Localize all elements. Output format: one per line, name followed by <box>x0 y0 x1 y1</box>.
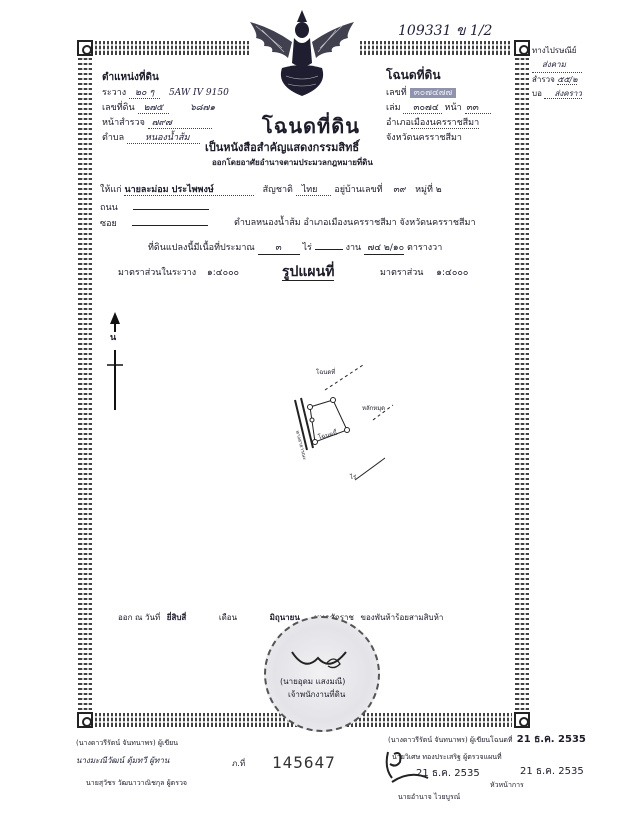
border-corner-bottom-right <box>514 712 530 728</box>
map-label-neighbor-3: ไร่ <box>350 472 356 483</box>
scale-left: มาตราส่วนในระวาง ๑:๔๐๐๐ <box>118 268 239 279</box>
serial-number: 145647 <box>272 753 336 772</box>
margin-note: ทางไปรษณีย์ ส่งคาม สำรวจ ๕๕/๒ บอ ส่งคราว <box>532 44 582 101</box>
border-right <box>515 58 529 710</box>
border-corner-bottom-left <box>77 712 93 728</box>
bottom-right-date-b: 21 ธ.ค. 2535 <box>520 766 584 777</box>
location-row-sheet: ระวาง ๒๐ ๆ 5AW IV 9150 <box>102 88 229 99</box>
bottom-right-line-1: (นางดาวรีรัตน์ จันทนาพร) ผู้เขียนโฉนดที่… <box>388 734 586 746</box>
bottom-left-line-1: (นางดาวรีรัตน์ จันทนาพร) ผู้เขียน <box>76 738 178 749</box>
bottom-left-line-2: นางมะณีวัฒน์ ตุ้มทวี ผู้ทาน <box>76 755 169 766</box>
border-top-right <box>360 41 512 55</box>
deed-sheet: 109331 ข 1/2 ตำแหน่งที่ดิน ระวาง ๒๐ ๆ 5A… <box>0 0 623 825</box>
area-line: ที่ดินแปลงนี้มีเนื้อที่ประมาณ ๓ ไร่ งาน … <box>148 243 442 255</box>
document-subtitle: เป็นหนังสือสำคัญแสดงกรรมสิทธิ์ <box>205 138 359 156</box>
signature-icon <box>290 648 350 674</box>
border-corner-top-right <box>514 40 530 56</box>
bottom-right-line-3: หัวหน้าการ <box>490 780 524 791</box>
location-row-survey-page: หน้าสำรวจ ๗๙๗ <box>102 118 212 129</box>
location-row-land-no: เลขที่ดิน ๒๗๕ ๖๘๗๑ <box>102 103 215 114</box>
handwritten-reference: 109331 ข 1/2 <box>398 20 492 42</box>
bottom-left-line-3: นายสุวัชร วัฒนาวาณิชกุล ผู้ตรวจ <box>86 778 187 789</box>
deed-row-district: อำเภอเมืองนครราชสีมา <box>386 118 479 129</box>
seal-signatory: (นายอุดม แสงมณี) <box>280 676 345 687</box>
north-label: น <box>110 333 116 344</box>
north-arrow-icon <box>105 310 125 410</box>
bottom-right-line-4: นายอำนาจ ไวยบูรณ์ <box>398 792 460 803</box>
issue-line: ออก ณ วันที่ ยี่สิบสี่ เดือน มิถุนายน พุ… <box>118 612 443 623</box>
map-label-neighbor-1: โฉนดที่ <box>316 367 335 378</box>
soi-line: ซอย <box>100 219 208 230</box>
road-line: ถนน <box>100 203 209 214</box>
official-seal <box>264 616 380 732</box>
border-left <box>78 58 92 710</box>
owner-line: ให้แก่ นายละม่อม ประไพพงษ์ สัญชาติ ไทย อ… <box>100 185 442 196</box>
deed-row-number: เลขที่ ๓๐๗๔๗๗ <box>386 88 456 99</box>
deed-row-volume: เล่ม ๓๐๗๔ หน้า ๓๓ <box>386 103 491 114</box>
border-corner-top-left <box>77 40 93 56</box>
deed-row-province: จังหวัดนครราชสีมา <box>386 133 462 144</box>
border-top-left <box>95 41 250 55</box>
location-heading: ตำแหน่งที่ดิน <box>102 72 159 83</box>
serial-label: ภ.ที่ <box>232 758 245 769</box>
signature-bottom-right-icon <box>382 748 432 788</box>
parcel-map <box>255 350 435 490</box>
seal-title: เจ้าพนักงานที่ดิน <box>288 689 345 700</box>
map-label-neighbor-2: หลักหมุด <box>362 403 385 414</box>
document-issued-by: ออกโดยอาศัยอำนาจตามประมวลกฎหมายที่ดิน <box>212 156 373 169</box>
garuda-emblem-icon <box>242 8 362 103</box>
scale-right: มาตราส่วน ๑:๔๐๐๐ <box>380 268 468 279</box>
deed-heading: โฉนดที่ดิน <box>386 70 441 81</box>
location-row-subdistrict: ตำบล หนองน้ำส้ม <box>102 133 200 144</box>
map-title: รูปแผนที่ <box>282 264 334 281</box>
address-line: ตำบลหนองน้ำส้ม อำเภอเมืองนครราชสีมา จังห… <box>234 218 476 229</box>
